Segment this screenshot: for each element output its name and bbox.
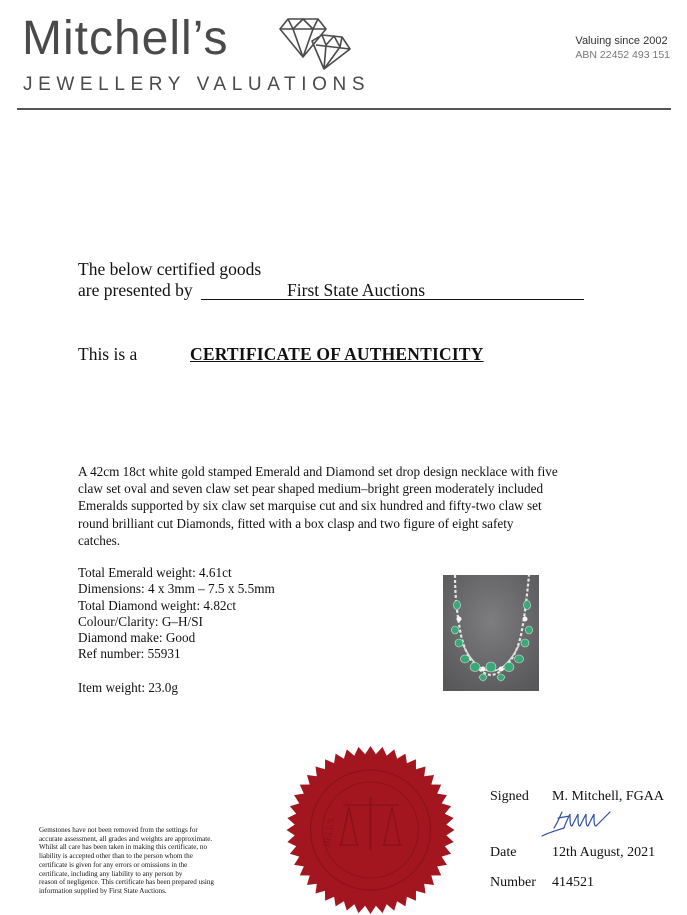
disclaimer-line: Gemstones have not been removed from the… xyxy=(39,826,264,835)
disclaimer-line: information supplied by First State Auct… xyxy=(39,887,264,896)
spec-diamond-weight: Total Diamond weight: 4.82ct xyxy=(78,598,275,614)
abn-number: ABN 22452 493 151 xyxy=(575,48,670,62)
disclaimer-line: accurate assessment, all grades and weig… xyxy=(39,835,264,844)
header-divider xyxy=(17,108,671,110)
signed-label: Signed xyxy=(490,789,529,805)
item-specs: Total Emerald weight: 4.61ct Dimensions:… xyxy=(78,565,275,663)
disclaimer: Gemstones have not been removed from the… xyxy=(39,826,264,896)
date-label: Date xyxy=(490,845,516,861)
item-description: A 42cm 18ct white gold stamped Emerald a… xyxy=(78,463,558,549)
necklace-photo xyxy=(443,575,539,691)
spec-ref-number: Ref number: 55931 xyxy=(78,646,275,662)
tagline: Valuing since 2002 xyxy=(575,34,670,48)
brand-name: Mitchell’s xyxy=(22,15,229,63)
diamonds-icon xyxy=(270,15,360,75)
spec-diamond-make: Diamond make: Good xyxy=(78,630,275,646)
date-value: 12th August, 2021 xyxy=(552,845,655,861)
tagline-block: Valuing since 2002 ABN 22452 493 151 xyxy=(575,34,670,62)
presented-by-label: are presented by xyxy=(78,280,193,300)
disclaimer-line: certificate, including any liability to … xyxy=(39,870,264,879)
spec-dimensions: Dimensions: 4 x 3mm – 7.5 x 5.5mm xyxy=(78,581,275,597)
certificate-heading: This is a CERTIFICATE OF AUTHENTICITY xyxy=(78,344,137,365)
intro-line: The below certified goods xyxy=(78,259,584,280)
disclaimer-line: reason of negligence. This certificate h… xyxy=(39,878,264,887)
disclaimer-line: Whilst all care has been taken in making… xyxy=(39,843,264,852)
handwritten-signature xyxy=(540,808,620,838)
item-weight: Item weight: 23.0g xyxy=(78,680,178,696)
spec-colour-clarity: Colour/Clarity: G–H/SI xyxy=(78,614,275,630)
certificate-title: CERTIFICATE OF AUTHENTICITY xyxy=(190,344,484,365)
certificate-number: 414521 xyxy=(552,875,594,891)
wax-seal: BELL'S xyxy=(283,745,458,915)
presented-by-section: The below certified goods are presented … xyxy=(78,259,584,301)
signed-by: M. Mitchell, FGAA xyxy=(552,789,664,805)
certificate-prefix: This is a xyxy=(78,344,137,364)
disclaimer-line: certificate is given for any errors or o… xyxy=(39,861,264,870)
presenter-name: First State Auctions xyxy=(201,281,584,300)
brand-subtitle: JEWELLERY VALUATIONS xyxy=(23,75,370,94)
disclaimer-line: liability is accepted other than to the … xyxy=(39,852,264,861)
spec-emerald-weight: Total Emerald weight: 4.61ct xyxy=(78,565,275,581)
number-label: Number xyxy=(490,875,536,891)
